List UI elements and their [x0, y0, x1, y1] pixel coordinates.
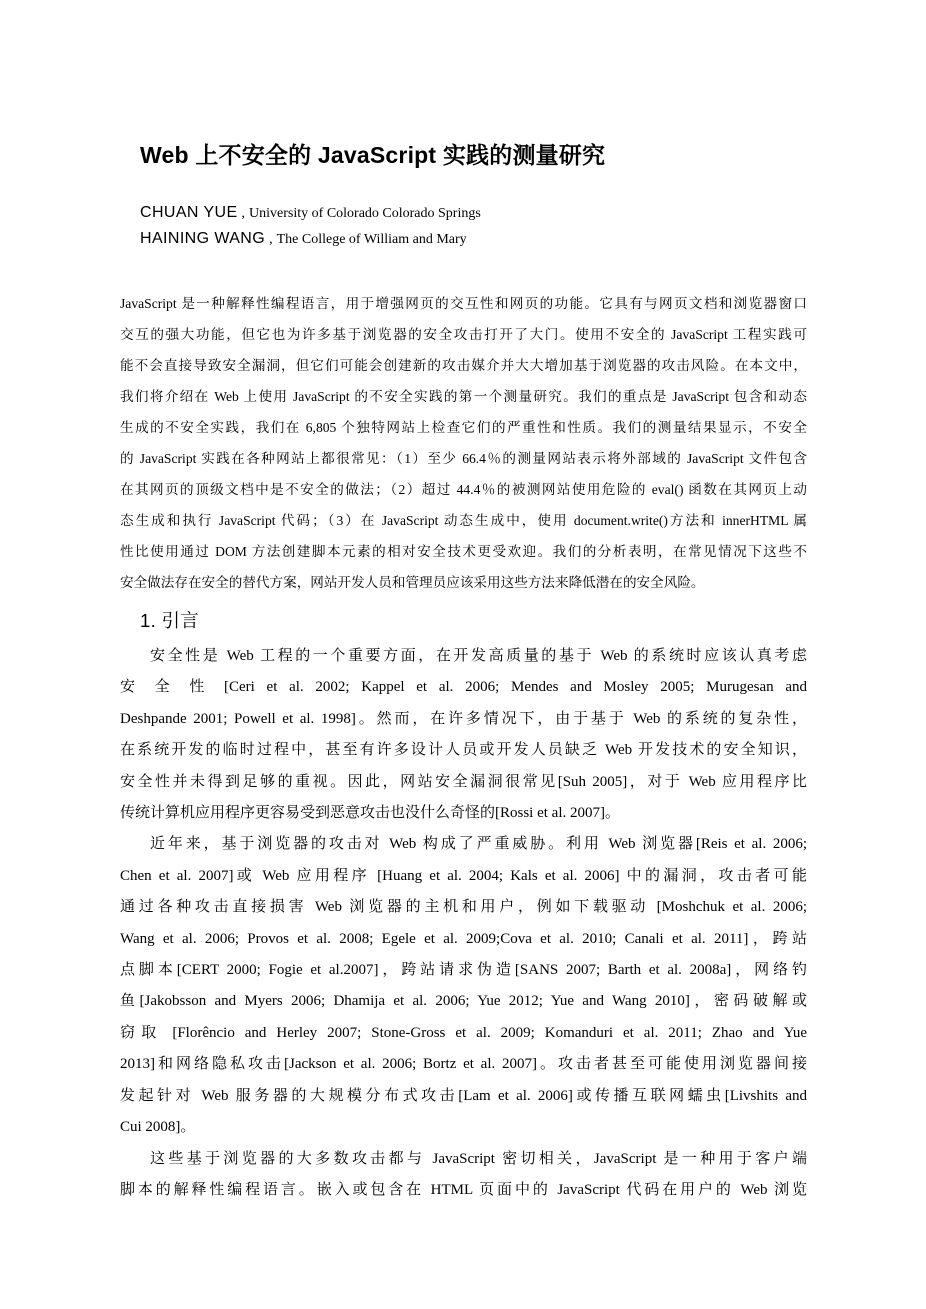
paper-title: Web 上不安全的 JavaScript 实践的测量研究 [120, 0, 807, 171]
body-line: 脚本的解释性编程语言。嵌入或包含在 HTML 页面中的 JavaScript 代… [120, 1175, 807, 1206]
body-paragraph: 这些基于浏览器的大多数攻击都与 JavaScript 密切相关，JavaScri… [120, 1144, 807, 1207]
abstract-line: 性比使用通过 DOM 方法创建脚本元素的相对安全技术更受欢迎。我们的分析表明，在… [120, 536, 807, 567]
document-page: Web 上不安全的 JavaScript 实践的测量研究 CHUAN YUE,U… [0, 0, 926, 1309]
author-affiliation: University of Colorado Colorado Springs [249, 206, 481, 221]
author-name: HAINING WANG [140, 230, 265, 247]
body-line: 点脚本[CERT 2000; Fogie et al.2007]，跨站请求伪造[… [120, 955, 807, 986]
abstract-line: 生成的不安全实践，我们在 6,805 个独特网站上检查它们的严重性和性质。我们的… [120, 412, 807, 443]
page-content: Web 上不安全的 JavaScript 实践的测量研究 CHUAN YUE,U… [120, 0, 807, 1206]
body-line: Wang et al. 2006; Provos et al. 2008; Eg… [120, 924, 807, 955]
body-line: 安 全 性 [Ceri et al. 2002; Kappel et al. 2… [120, 672, 807, 703]
body-line: 鱼[Jakobsson and Myers 2006; Dhamija et a… [120, 986, 807, 1017]
body-paragraph: 近年来，基于浏览器的攻击对 Web 构成了严重威胁。利用 Web 浏览器[Rei… [120, 829, 807, 1143]
abstract-line: 在其网页的顶级文档中是不安全的做法；（2）超过 44.4％的被测网站使用危险的 … [120, 474, 807, 505]
body-line: 安全性是 Web 工程的一个重要方面，在开发高质量的基于 Web 的系统时应该认… [120, 641, 807, 672]
author-name: CHUAN YUE [140, 204, 238, 221]
author-line: HAINING WANG,The College of William and … [140, 226, 807, 252]
body-paragraph: 安全性是 Web 工程的一个重要方面，在开发高质量的基于 Web 的系统时应该认… [120, 641, 807, 829]
author-separator: , [242, 206, 246, 221]
body-line: Deshpande 2001; Powell et al. 1998]。然而，在… [120, 704, 807, 735]
author-affiliation: The College of William and Mary [277, 232, 467, 247]
abstract-line: 交互的强大功能，但它也为许多基于浏览器的安全攻击打开了大门。使用不安全的 Jav… [120, 319, 807, 350]
author-separator: , [269, 232, 273, 247]
author-line: CHUAN YUE,University of Colorado Colorad… [140, 200, 807, 226]
body-line: 发起针对 Web 服务器的大规模分布式攻击[Lam et al. 2006]或传… [120, 1081, 807, 1112]
body-line: Cui 2008]。 [120, 1112, 807, 1143]
abstract-line: 安全做法存在安全的替代方案，网站开发人员和管理员应该采用这些方法来降低潜在的安全… [120, 567, 807, 598]
abstract-line: 的 JavaScript 实践在各种网站上都很常见：（1）至少 66.4％的测量… [120, 443, 807, 474]
body-line: 安全性并未得到足够的重视。因此，网站安全漏洞很常见[Suh 2005]，对于 W… [120, 767, 807, 798]
abstract-line: 态生成和执行 JavaScript 代码；（3）在 JavaScript 动态生… [120, 505, 807, 536]
body-line: 近年来，基于浏览器的攻击对 Web 构成了严重威胁。利用 Web 浏览器[Rei… [120, 829, 807, 860]
body-line: 2013]和网络隐私攻击[Jackson et al. 2006; Bortz … [120, 1049, 807, 1080]
abstract-line: 能不会直接导致安全漏洞，但它们可能会创建新的攻击媒介并大大增加基于浏览器的攻击风… [120, 350, 807, 381]
abstract-line: JavaScript 是一种解释性编程语言，用于增强网页的交互性和网页的功能。它… [120, 288, 807, 319]
body-line: 窃取 [Florêncio and Herley 2007; Stone-Gro… [120, 1018, 807, 1049]
body-line: 这些基于浏览器的大多数攻击都与 JavaScript 密切相关，JavaScri… [120, 1144, 807, 1175]
abstract-block: JavaScript 是一种解释性编程语言，用于增强网页的交互性和网页的功能。它… [120, 288, 807, 598]
section-heading: 1. 引言 [140, 609, 807, 633]
body-line: Chen et al. 2007]或 Web 应用程序 [Huang et al… [120, 861, 807, 892]
body-line: 在系统开发的临时过程中，甚至有许多设计人员或开发人员缺乏 Web 开发技术的安全… [120, 735, 807, 766]
abstract-line: 我们将介绍在 Web 上使用 JavaScript 的不安全实践的第一个测量研究… [120, 381, 807, 412]
author-block: CHUAN YUE,University of Colorado Colorad… [140, 200, 807, 252]
body-line: 传统计算机应用程序更容易受到恶意攻击也没什么奇怪的[Rossi et al. 2… [120, 798, 807, 829]
body-line: 通过各种攻击直接损害 Web 浏览器的主机和用户，例如下载驱动 [Moshchu… [120, 892, 807, 923]
